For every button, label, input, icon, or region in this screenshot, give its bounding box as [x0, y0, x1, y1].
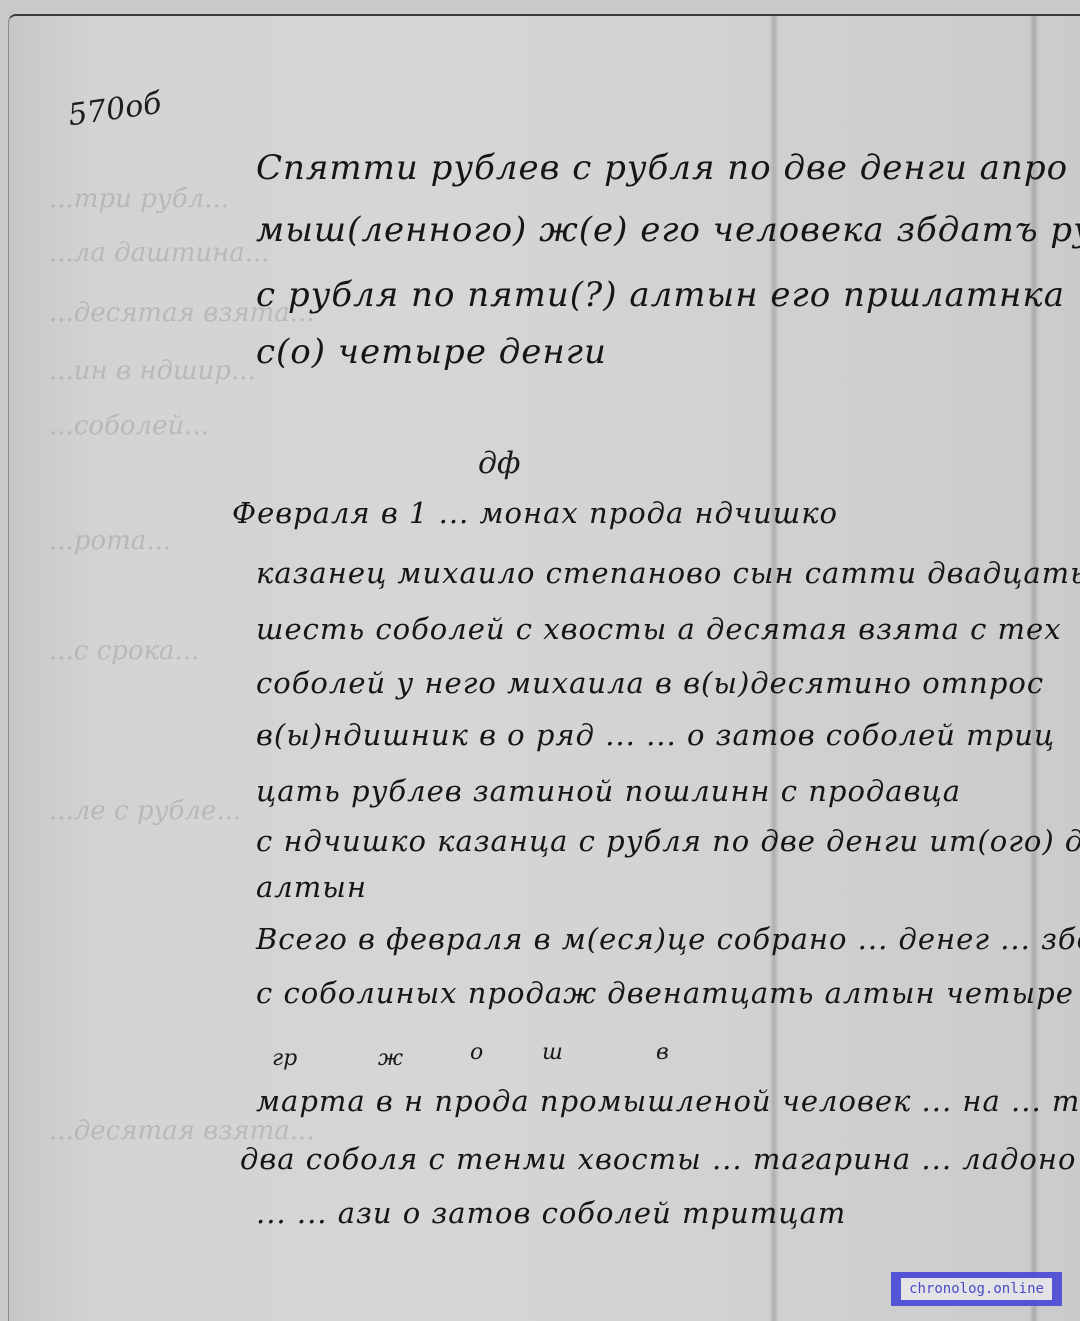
- text-line: цать рублев затиной пошлинн с продавца: [256, 774, 961, 808]
- watermark-text: chronolog.online: [901, 1278, 1052, 1300]
- bleed-through-line: ...с срока...: [49, 636, 199, 666]
- marginal-mark: ш: [542, 1040, 563, 1065]
- text-line: алтын: [256, 870, 367, 904]
- marginal-mark: о: [470, 1040, 483, 1065]
- text-line: ... ... ази о затов соболей тритцат: [256, 1196, 846, 1230]
- text-line: с рубля по пяти(?) алтын его пршлатнка: [256, 275, 1065, 315]
- heading-mark: дф: [478, 446, 521, 481]
- bleed-through-line: ...ин в ндшир...: [49, 356, 256, 386]
- bleed-through-line: ...соболей...: [49, 411, 209, 441]
- marginal-mark: ж: [378, 1046, 403, 1071]
- text-line: с(о) четыре денги: [256, 332, 607, 372]
- text-line: шесть соболей с хвосты а десятая взята с…: [256, 612, 1062, 646]
- text-line: Всего в февраля в м(еся)це собрано ... д…: [256, 922, 1080, 956]
- text-line: мыш(ленного) ж(е) его человека збдатъ ру…: [256, 210, 1080, 250]
- text-line: Спятти рублев с рубля по две денги апро: [256, 148, 1068, 188]
- text-line: с ндчишко казанца с рубля по две денги и…: [256, 824, 1080, 858]
- bleed-through-line: ...рота...: [49, 526, 171, 556]
- text-line: с соболиных продаж двенатцать алтын четы…: [256, 976, 1080, 1010]
- text-line: Февраля в 1 ... монах прода ндчишко: [232, 496, 838, 530]
- text-line: казанец михаило степаново сын сатти двад…: [256, 556, 1080, 590]
- watermark-badge: chronolog.online: [891, 1272, 1062, 1306]
- marginal-mark: в: [656, 1040, 669, 1065]
- text-line: соболей у него михаила в в(ы)десятино от…: [256, 666, 1044, 700]
- bleed-through-line: ...три рубл...: [49, 184, 229, 214]
- text-line: марта в н прода промышленой человек ... …: [256, 1084, 1080, 1118]
- text-line: в(ы)ндишник в о ряд ... ... о затов собо…: [256, 718, 1055, 752]
- text-line: два соболя с тенми хвосты ... тагарина .…: [240, 1142, 1080, 1176]
- bleed-through-line: ...ла даштина...: [49, 238, 270, 268]
- marginal-mark: гр: [272, 1046, 297, 1071]
- bleed-through-line: ...ле с рубле...: [49, 796, 241, 826]
